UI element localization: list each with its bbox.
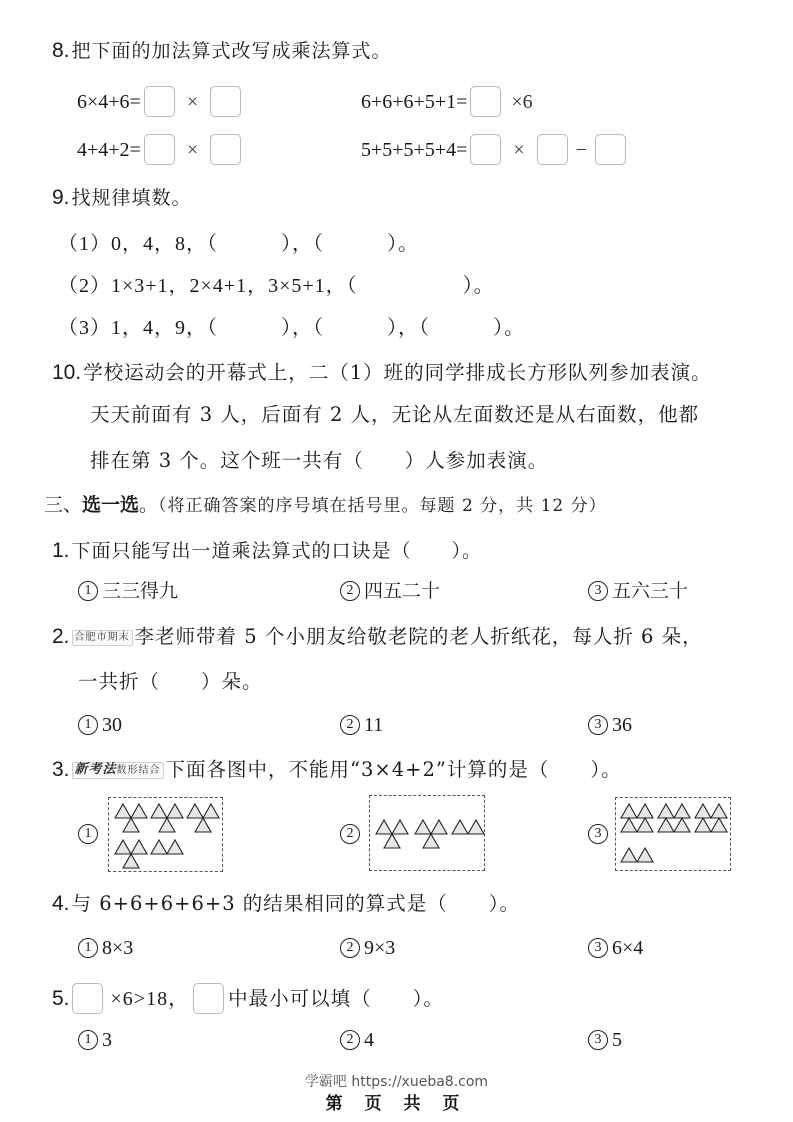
choice-4-question: 4.与 6+6+6+6+3 的结果相同的算式是（ ）。 [52,891,520,917]
answer-box[interactable] [537,134,568,165]
q8-equation-2: 6+6+6+5+1= ×6 [361,86,533,117]
answer-box[interactable] [72,983,103,1014]
q8-number: 8. [52,39,70,62]
footer-page-number: 第 页 共 页 [0,1089,793,1114]
item-label: （2） [58,275,111,297]
section-number: 三、 [44,494,82,516]
circled-number: 2 [340,715,360,735]
figure-option-3 [615,797,731,871]
q8-equation-3: 4+4+2= × [77,134,241,165]
choice-3-option-3[interactable]: 3 [588,824,612,844]
equation-left: 6×4+6= [77,87,141,117]
choice-1-option-3[interactable]: 3五六三十 [588,578,688,604]
q9-item-1: （1）0，4，8，（ ），（ ）。 [58,231,419,257]
choice-5-option-1[interactable]: 13 [78,1027,112,1053]
option-text: 9×3 [364,935,395,961]
option-text: 11 [364,712,383,738]
circled-number: 2 [340,581,360,601]
answer-box[interactable] [193,983,224,1014]
choice-text[interactable]: 与 6+6+6+6+3 的结果相同的算式是（ ）。 [72,892,521,915]
item-label: （1） [58,233,111,255]
choice-5-option-2[interactable]: 24 [340,1027,374,1053]
choice-text: 李老师带着 5 个小朋友给敬老院的老人折纸花，每人折 6 朵， [135,625,703,648]
q8-text: 把下面的加法算式改写成乘法算式。 [72,40,392,62]
circled-number: 3 [588,1030,608,1050]
circled-number: 3 [588,938,608,958]
option-text: 30 [102,712,122,738]
circled-number: 2 [340,938,360,958]
operator: − [576,135,587,165]
choice-2-option-1[interactable]: 130 [78,712,122,738]
equation-left: 5+5+5+5+4= [361,135,467,165]
choice-text[interactable]: 下面只能写出一道乘法算式的口诀是（ ）。 [72,540,483,562]
choice-1-question: 1.下面只能写出一道乘法算式的口诀是（ ）。 [52,538,482,564]
tag-text: 数形结合 [117,765,161,776]
triangle-groups-figure [370,796,486,872]
operator: × [513,135,524,165]
equation-left: 4+4+2= [77,135,141,165]
circled-number: 2 [340,1030,360,1050]
choice-text-b[interactable]: 中最小可以填（ ）。 [228,986,444,1012]
circled-number: 3 [588,581,608,601]
choice-number: 3. [52,758,70,781]
option-text: 3 [102,1027,112,1053]
q9-item-3: （3）1，4，9，（ ），（ ），（ ）。 [58,315,525,341]
operator: ×6 [511,87,532,117]
figure-option-2 [369,795,485,871]
item-text[interactable]: 1，4，9，（ ），（ ），（ ）。 [111,317,525,339]
choice-number: 5. [52,986,70,1012]
circled-number: 1 [78,715,98,735]
option-text: 五六三十 [612,578,688,604]
tag-bold: 新考法 [75,762,117,777]
operator: × [187,87,198,117]
choice-3-question: 3.新考法数形结合下面各图中，不能用“3×4+2”计算的是（ ）。 [52,757,622,783]
item-text[interactable]: 1×3+1，2×4+1，3×5+1，（ ）。 [111,275,495,297]
section-title: 选一选 [82,494,139,516]
operator: × [187,135,198,165]
choice-text[interactable]: 下面各图中，不能用“3×4+2”计算的是（ ）。 [166,758,622,781]
choice-2-option-2[interactable]: 211 [340,712,383,738]
answer-box[interactable] [144,86,175,117]
equation-left: 6+6+6+5+1= [361,87,467,117]
q8-title: 8.把下面的加法算式改写成乘法算式。 [52,38,392,64]
choice-2-option-3[interactable]: 336 [588,712,632,738]
option-text: 6×4 [612,935,643,961]
choice-number: 4. [52,892,70,915]
choice-4-option-3[interactable]: 36×4 [588,935,643,961]
circled-number: 1 [78,1030,98,1050]
option-text: 四五二十 [364,578,440,604]
choice-2-question-cont[interactable]: 一共折（ ）朵。 [78,669,263,695]
answer-box[interactable] [210,134,241,165]
choice-number: 2. [52,625,70,648]
q10-line-1: 10.学校运动会的开幕式上，二（1）班的同学排成长方形队列参加表演。 [52,360,712,386]
section-3-header: 三、选一选。（将正确答案的序号填在括号里。每题 2 分，共 12 分） [44,492,607,519]
q10-line-3[interactable]: 排在第 3 个。这个班一共有（ ）人参加表演。 [90,448,548,474]
answer-box[interactable] [595,134,626,165]
q9-text: 找规律填数。 [72,187,192,209]
q9-number: 9. [52,186,70,209]
choice-text-a: ×6>18， [111,986,190,1012]
item-text[interactable]: 0，4，8，（ ），（ ）。 [111,233,419,255]
q9-item-2: （2）1×3+1，2×4+1，3×5+1，（ ）。 [58,273,495,299]
choice-1-option-2[interactable]: 2四五二十 [340,578,440,604]
q10-text: 学校运动会的开幕式上，二（1）班的同学排成长方形队列参加表演。 [83,361,711,384]
q9-title: 9.找规律填数。 [52,185,192,211]
answer-box[interactable] [470,86,501,117]
q8-equation-4: 5+5+5+5+4= × − [361,134,626,165]
option-text: 8×3 [102,935,133,961]
choice-3-option-2[interactable]: 2 [340,824,364,844]
choice-5-option-3[interactable]: 35 [588,1027,622,1053]
q10-line-2: 天天前面有 3 人，后面有 2 人，无论从左面数还是从右面数，他都 [90,402,699,428]
choice-5-question: 5. ×6>18， 中最小可以填（ ）。 [52,983,444,1014]
option-text: 5 [612,1027,622,1053]
choice-4-option-2[interactable]: 29×3 [340,935,395,961]
option-text: 4 [364,1027,374,1053]
q10-number: 10. [52,361,81,384]
choice-3-option-1[interactable]: 1 [78,824,102,844]
answer-box[interactable] [210,86,241,117]
choice-1-option-1[interactable]: 1三三得九 [78,578,178,604]
option-text: 三三得九 [102,578,178,604]
circled-number: 3 [588,824,608,844]
triangle-groups-figure [616,798,732,872]
circled-number: 1 [78,581,98,601]
choice-number: 1. [52,539,70,562]
circled-number: 1 [78,824,98,844]
choice-4-option-1[interactable]: 18×3 [78,935,133,961]
section-title-dot: 。 [139,494,158,516]
triangle-groups-figure [109,798,224,873]
circled-number: 2 [340,824,360,844]
source-tag: 合肥市期末 [72,630,133,646]
circled-number: 3 [588,715,608,735]
footer-site-link[interactable]: 学霸吧 https://xueba8.com [0,1071,793,1091]
item-label: （3） [58,317,111,339]
option-text: 36 [612,712,632,738]
q8-equation-1: 6×4+6= × [77,86,241,117]
figure-option-1 [108,797,223,872]
answer-box[interactable] [144,134,175,165]
answer-box[interactable] [470,134,501,165]
section-note: （将正确答案的序号填在括号里。每题 2 分，共 12 分） [158,496,607,516]
circled-number: 1 [78,938,98,958]
method-tag: 新考法数形结合 [72,762,164,779]
choice-2-question: 2.合肥市期末李老师带着 5 个小朋友给敬老院的老人折纸花，每人折 6 朵， [52,624,703,650]
